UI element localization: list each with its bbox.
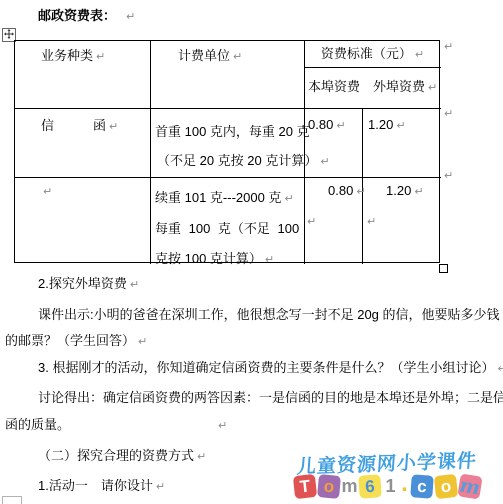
cell-text: 首重 100 克内，每重 20 克 [155,124,310,139]
paragraph-activity1: 1.活动一 请你设计↵ [38,478,165,495]
paragraph-text: 3. 根据刚才的活动，你知道确定信函资费的主要条件是什么？（学生小组讨论） [38,360,494,375]
header-text: 计费单位 [178,48,230,63]
pilcrow-mark: ↵ [138,336,147,348]
paragraph-text: 函的质量。 [5,417,70,432]
table-border [15,108,441,109]
pilcrow-mark: ↵ [356,186,365,198]
paragraph-explore-nonlocal: 2.探究外埠资费↵ [38,276,139,293]
row2-nonlocal-fee: 1.20↵ [386,183,424,200]
document-title-text: 邮政资费表： [38,8,116,23]
paragraph-question3: 3. 根据刚才的活动，你知道确定信函资费的主要条件是什么？（学生小组讨论）↵ [38,360,503,377]
pilcrow-mark: ↵ [307,215,316,228]
cell-text: 1.20 [368,117,393,132]
cell-text: 0.80 [328,183,353,198]
cell-text: 续重 101 克---2000 克 [155,190,281,205]
postal-fee-table: 业务种类↵ 计费单位↵ 资费标准（元）↵ 本埠资费外埠资费↵ 信 函↵ 首重 1… [14,40,440,263]
row-end-mark: ↵ [444,107,453,120]
pilcrow-mark: ↵ [130,279,139,291]
logo-letter-1: 1 [383,475,398,498]
logo-letter-c: c [410,474,434,498]
row2-local-fee: 0.80↵ [328,183,366,200]
pilcrow-mark: ↵ [126,11,135,23]
table-resize-handle[interactable] [439,264,448,273]
cell-text: （不足 20 克按 20 克计算） [157,153,317,168]
pilcrow-mark: ↵ [156,481,165,493]
bottom-corner-handle [2,496,22,504]
pilcrow-mark: ↵ [367,215,376,228]
pilcrow-mark: ↵ [265,254,274,266]
paragraph-courseware-line1: 课件出示:小明的爸爸在深圳工作，他很想念写一封不足 20g 的信，他要贴多少钱 [38,307,500,323]
cell-text: 信 函 [41,118,106,133]
header-fee-standard: 资费标准（元）↵ [304,46,441,63]
paragraph-text: 课件出示:小明的爸爸在深圳工作，他很想念写一封不足 20g 的信，他要贴多少钱 [38,307,500,322]
paragraph-discussion-line2: 函的质量。 [5,417,70,433]
header-text: 资费标准（元） [321,46,412,61]
row1-nonlocal-fee: 1.20↵ [368,117,406,134]
row1-local-fee: 0.80↵ [308,117,346,134]
logo-letter-t: T [293,474,317,499]
row2-billing-unit: 续重 101 克---2000 克↵每重 100 克（不足 100克按 100 … [155,183,299,275]
pilcrow-mark: ↵ [43,185,52,198]
header-text: 业务种类 [41,48,93,63]
document-title: 邮政资费表：↵ [38,8,135,25]
pilcrow-mark: ↵ [109,121,118,133]
pilcrow-mark: ↵ [414,186,423,198]
pilcrow-mark: ↵ [197,451,206,463]
pilcrow-mark: ↵ [320,156,329,168]
logo-letter-o: o [317,474,341,499]
paragraph-text: （二）探究合理的资费方式 [38,448,194,463]
paragraph-text: 2.探究外埠资费 [38,276,127,291]
header-local-fee: 本埠资费 [308,79,360,94]
table-border [15,177,441,178]
pilcrow-mark: ↵ [284,193,293,205]
row1-business-type: 信 函↵ [41,118,118,135]
header-billing-unit: 计费单位↵ [178,48,242,65]
table-border [150,41,151,264]
pilcrow-mark: ↵ [415,49,424,61]
table-border [304,67,441,68]
pilcrow-mark: ↵ [218,419,227,432]
paragraph-section2: （二）探究合理的资费方式↵ [38,448,206,465]
pilcrow-mark: ↵ [497,363,503,375]
logo-letter-o2: o [434,474,458,499]
paragraph-text: 的邮票？（学生回答） [5,333,135,348]
header-fee-columns: 本埠资费外埠资费↵ [308,79,437,96]
logo-letter-6: 6 [358,474,382,498]
cell-text: 1.20 [386,183,411,198]
paragraph-text: 讨论得出：确定信函资费的两答因素：一是信函的目的地是本埠还是外埠；二是信 [38,390,503,405]
pilcrow-mark: ↵ [396,120,405,132]
watermark-logo: T o m 6 1 . c o m [294,475,483,498]
paragraph-courseware-line2: 的邮票？（学生回答）↵ [5,333,147,350]
move-arrows-icon [4,26,14,44]
header-nonlocal-fee: 外埠资费 [373,79,425,94]
logo-dot: . [400,472,409,495]
row1-billing-unit: 首重 100 克内，每重 20 克（不足 20 克按 20 克计算）↵ [155,117,330,177]
pilcrow-mark: ↵ [336,120,345,132]
logo-letter-m2: m [457,473,482,499]
row-end-mark: ↵ [444,169,453,182]
document-page: 邮政资费表：↵ 业务种类↵ 计费单位↵ 资费标准（元）↵ 本埠资费外埠资费↵ 信… [0,0,503,504]
pilcrow-mark: ↵ [233,51,242,63]
paragraph-text: 1.活动一 请你设计 [38,478,153,493]
paragraph-discussion-line1: 讨论得出：确定信函资费的两答因素：一是信函的目的地是本埠还是外埠；二是信 [38,390,503,406]
cell-text: 0.80 [308,117,333,132]
cell-text: 每重 100 克（不足 100 [155,221,299,236]
header-business-type: 业务种类↵ [41,48,105,65]
row-end-mark: ↵ [444,40,453,53]
logo-letter-m: m [342,475,357,498]
pilcrow-mark: ↵ [96,51,105,63]
cell-text: 克按 100 克计算） [155,251,262,266]
pilcrow-mark: ↵ [428,82,437,94]
